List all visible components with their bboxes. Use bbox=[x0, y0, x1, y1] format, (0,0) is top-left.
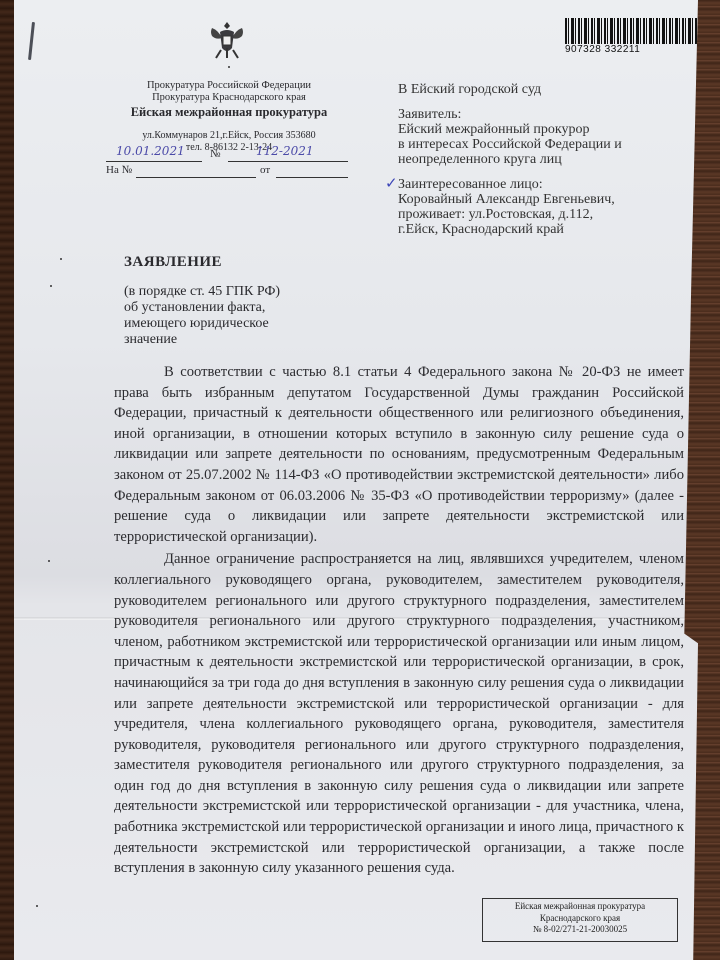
reference-row: На № от bbox=[106, 164, 346, 178]
check-mark-icon: ✓ bbox=[385, 174, 398, 192]
stamp-line: № 8-02/271-21-20030025 bbox=[483, 924, 677, 936]
handwritten-reg-number: 112-2021 bbox=[256, 144, 314, 158]
registration-row: 10.01.2021 № 112-2021 bbox=[106, 148, 346, 162]
addressee-block: В Ейский городской суд Заявитель: Ейский… bbox=[398, 82, 698, 237]
handwritten-date: 10.01.2021 bbox=[116, 144, 185, 158]
document-body: В соответствии с частью 8.1 статьи 4 Фед… bbox=[114, 362, 684, 879]
paragraph: В соответствии с частью 8.1 статьи 4 Фед… bbox=[114, 362, 684, 547]
subtitle-line: имеющего юридическое bbox=[124, 316, 364, 332]
speck bbox=[60, 258, 62, 260]
paragraph: Данное ограничение распространяется на л… bbox=[114, 549, 684, 879]
barcode-bars bbox=[565, 18, 701, 44]
sender-line-1: Прокуратура Российской Федерации bbox=[104, 80, 354, 92]
wooden-table-left bbox=[0, 0, 16, 960]
speck bbox=[50, 285, 52, 287]
russian-coat-of-arms-icon bbox=[206, 18, 248, 62]
stamp-line: Краснодарского края bbox=[483, 913, 677, 925]
speck bbox=[228, 66, 230, 68]
staple-icon bbox=[28, 22, 35, 60]
reg-number-label: № bbox=[210, 148, 221, 160]
sender-line-2: Прокуратура Краснодарского края bbox=[104, 92, 354, 104]
barcode: 907328 332211 bbox=[565, 18, 701, 56]
sender-address: ул.Коммунаров 21,г.Ейск, Россия 353680 bbox=[104, 130, 354, 142]
document-subtitle: (в порядке ст. 45 ГПК РФ) об установлени… bbox=[124, 284, 364, 348]
speck bbox=[48, 560, 50, 562]
speck bbox=[36, 905, 38, 907]
applicant-label: Заявитель: bbox=[398, 107, 698, 122]
ref-from-label: от bbox=[260, 164, 270, 176]
subtitle-line: значение bbox=[124, 332, 364, 348]
applicant-line: Ейский межрайонный прокурор bbox=[398, 122, 698, 137]
sender-block: Прокуратура Российской Федерации Прокура… bbox=[104, 80, 354, 153]
stamp-line: Ейская межрайонная прокуратура bbox=[483, 901, 677, 913]
interested-party-line: проживает: ул.Ростовская, д.112, bbox=[398, 207, 698, 222]
document-page: Прокуратура Российской Федерации Прокура… bbox=[14, 0, 698, 960]
court-name: В Ейский городской суд bbox=[398, 82, 698, 97]
interested-party-line: Коровайный Александр Евгеньевич, bbox=[398, 192, 698, 207]
subtitle-line: (в порядке ст. 45 ГПК РФ) bbox=[124, 284, 364, 300]
ref-number-label: На № bbox=[106, 164, 132, 176]
interested-party-label: Заинтересованное лицо: bbox=[398, 177, 698, 192]
barcode-number: 907328 332211 bbox=[565, 44, 701, 56]
applicant-line: в интересах Российской Федерации и bbox=[398, 137, 698, 152]
sender-name: Ейская межрайонная прокуратура bbox=[104, 104, 354, 120]
registration-stamp: Ейская межрайонная прокуратура Краснодар… bbox=[482, 898, 678, 942]
interested-party-line: г.Ейск, Краснодарский край bbox=[398, 222, 698, 237]
document-title: ЗАЯВЛЕНИЕ bbox=[124, 254, 222, 271]
applicant-line: неопределенного круга лиц bbox=[398, 152, 698, 167]
subtitle-line: об установлении факта, bbox=[124, 300, 364, 316]
